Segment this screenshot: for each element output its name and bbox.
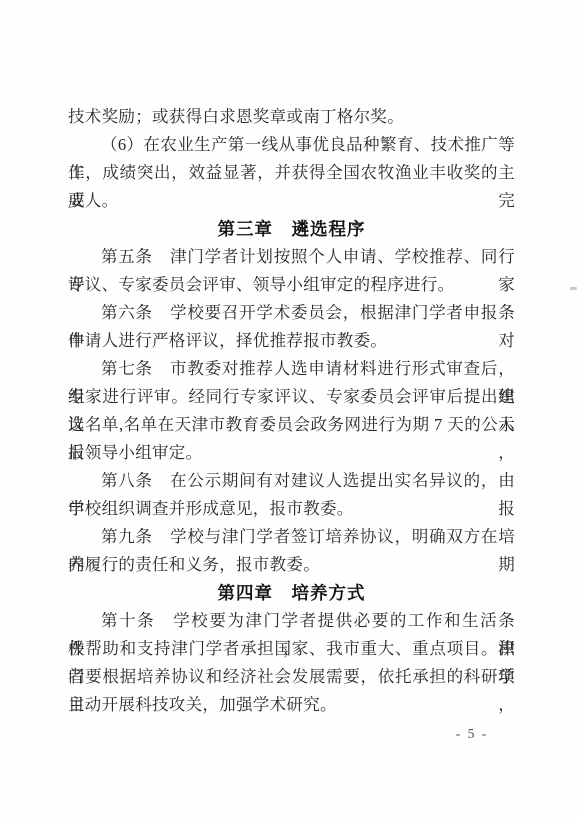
scan-artifact-mark — [570, 287, 577, 290]
document-line: 第五条 津门学者计划按照个人申请、学校推荐、同行专家 — [68, 243, 515, 271]
document-line: 选名单,名单在天津市教育委员会政务网进行为期 7 天的公示后， — [68, 411, 515, 439]
chapter-4-heading: 第四章 培养方式 — [68, 579, 515, 607]
document-line: 极帮助和支持津门学者承担国家、我市重大、重点项目。津门学 — [68, 635, 515, 663]
document-line: 第七条 市教委对推荐人选申请材料进行形式审查后，组织 — [68, 355, 515, 383]
document-line: （6）在农业生产第一线从事优良品种繁育、技术推广等工 — [68, 131, 515, 159]
document-line: 技术奖励；或获得白求恩奖章或南丁格尔奖。 — [68, 103, 515, 131]
chapter-3-heading: 第三章 遴选程序 — [68, 215, 515, 243]
document-line: 第十条 学校要为津门学者提供必要的工作和生活条件，积 — [68, 607, 515, 635]
document-line: 专家进行评审。经同行专家评议、专家委员会评审后提出建议人 — [68, 383, 515, 411]
document-line: 者要根据培养协议和经济社会发展需要，依托承担的科研项目， — [68, 663, 515, 691]
document-line: 第八条 在公示期间有对建议人选提出实名异议的，由申报 — [68, 467, 515, 495]
document-line: 第六条 学校要召开学术委员会，根据津门学者申报条件对 — [68, 299, 515, 327]
document-line: 第九条 学校与津门学者签订培养协议，明确双方在培养期 — [68, 523, 515, 551]
page-number: - 5 - — [446, 726, 498, 742]
document-page: 技术奖励；或获得白求恩奖章或南丁格尔奖。 （6）在农业生产第一线从事优良品种繁育… — [0, 0, 579, 819]
document-text-block: 技术奖励；或获得白求恩奖章或南丁格尔奖。 （6）在农业生产第一线从事优良品种繁育… — [68, 103, 515, 719]
document-line: 评议、专家委员会评审、领导小组审定的程序进行。 — [68, 271, 515, 299]
document-line: 作，成绩突出，效益显著，并获得全国农牧渔业丰收奖的主要完 — [68, 159, 515, 187]
